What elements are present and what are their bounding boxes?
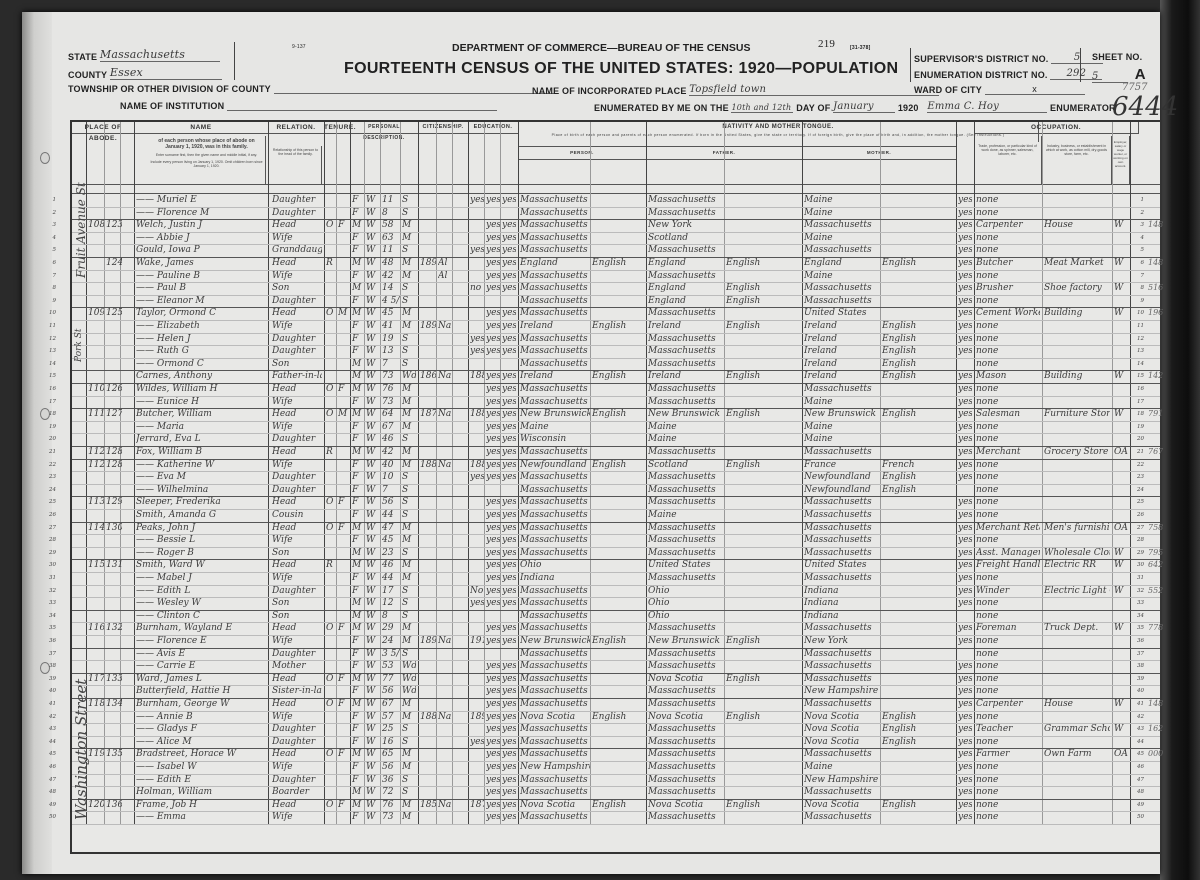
cell-mother-birth: Ireland <box>804 370 880 383</box>
cell-birth: Massachusetts <box>520 496 590 509</box>
cell-mortgage: M <box>338 408 348 421</box>
cell-father-birth: Massachusetts <box>648 194 724 207</box>
cell-father-birth: Massachusetts <box>648 547 724 560</box>
cell-mother-birth: Massachusetts <box>804 219 880 232</box>
cell-name: Burnham, George W <box>136 698 268 711</box>
cell-mother-birth: Massachusetts <box>804 698 880 711</box>
street-name: Washington Street <box>72 679 90 820</box>
cell-immigration <box>420 774 436 787</box>
cell-class <box>1114 660 1128 673</box>
table-row: —— Ruth GDaughterFW13SyesyesyesMassachus… <box>72 345 1160 359</box>
cell-class: W <box>1114 370 1128 383</box>
cell-mother-tongue <box>882 282 954 295</box>
cell-name: —— Helen J <box>136 333 268 346</box>
cell-mother-tongue <box>882 383 954 396</box>
cell-english: yes <box>958 660 972 673</box>
cell-tenure <box>326 333 336 346</box>
cell-mortgage <box>338 534 348 547</box>
cell-sex: F <box>352 648 364 661</box>
cell-dwelling: 118 <box>88 698 104 711</box>
cell-tenure <box>326 207 336 220</box>
cell-naturalized <box>438 509 452 522</box>
cell-dwelling: 111 <box>88 408 104 421</box>
cell-write: yes <box>502 534 516 547</box>
cell-marital: M <box>402 383 416 396</box>
cell-mother-birth: Massachusetts <box>804 509 880 522</box>
cell-mother-tongue <box>882 660 954 673</box>
cell-mother-tongue <box>882 673 954 686</box>
cell-tongue <box>592 572 644 585</box>
cell-marital: S <box>402 295 416 308</box>
cell-race: W <box>366 811 380 824</box>
cell-relation: Head <box>272 307 322 320</box>
cell-occupation: Butcher <box>976 257 1040 270</box>
cell-industry <box>1044 534 1110 547</box>
cell-immigration <box>420 345 436 358</box>
cell-father-tongue: English <box>726 370 800 383</box>
cell-class <box>1114 572 1128 585</box>
cell-father-tongue <box>726 761 800 774</box>
cell-mother-birth: Massachusetts <box>804 673 880 686</box>
cell-mortgage: F <box>338 496 348 509</box>
cell-school <box>470 685 484 698</box>
cell-mortgage: F <box>338 522 348 535</box>
cell-race: W <box>366 547 380 560</box>
cell-english: yes <box>958 748 972 761</box>
cell-immigration <box>420 484 436 497</box>
cell-english: yes <box>958 522 972 535</box>
cell-race: W <box>366 370 380 383</box>
cell-english: yes <box>958 333 972 346</box>
cell-write: yes <box>502 799 516 812</box>
cell-relation: Daughter <box>272 433 322 446</box>
incorporated-label: NAME OF INCORPORATED PLACE <box>532 86 687 96</box>
cell-immigration <box>420 219 436 232</box>
line-number-right: 3 <box>1134 219 1144 232</box>
cell-name: —— Eleanor M <box>136 295 268 308</box>
cell-name: Smith, Ward W <box>136 559 268 572</box>
cell-read: yes <box>486 471 500 484</box>
cell-mortgage: M <box>338 307 348 320</box>
cell-name: —— Elizabeth <box>136 320 268 333</box>
cell-read: yes <box>486 774 500 787</box>
institution-field: NAME OF INSTITUTION <box>120 101 497 111</box>
cell-immigration: 1894 <box>420 320 436 333</box>
county-value: Essex <box>110 66 222 80</box>
line-number-left: 36 <box>46 635 56 648</box>
line-number-left: 45 <box>46 748 56 761</box>
line-number-left: 35 <box>46 622 56 635</box>
cell-industry: Truck Dept. <box>1044 622 1110 635</box>
cell-relation: Granddaughter <box>272 244 322 257</box>
cell-dwelling: 109 <box>88 307 104 320</box>
cell-tenure: O <box>326 383 336 396</box>
line-number-left: 9 <box>46 295 56 308</box>
cell-race: W <box>366 761 380 774</box>
cell-english: yes <box>958 534 972 547</box>
occ-class-header: Employer, salary or wage worker, or work… <box>1112 136 1130 184</box>
cell-age: 67 <box>382 698 400 711</box>
cell-industry: Building <box>1044 370 1110 383</box>
cell-english: yes <box>958 370 972 383</box>
table-row: —— Paul BSonMW14SnoyesyesMassachusettsEn… <box>72 282 1160 296</box>
cell-family <box>106 648 122 661</box>
cell-naturalized: Al <box>438 257 452 270</box>
cell-immigration <box>420 648 436 661</box>
cell-age: 41 <box>382 320 400 333</box>
cell-mother-birth: Massachusetts <box>804 496 880 509</box>
supervisor-field: SUPERVISOR'S DISTRICT NO. 5 <box>914 52 1103 64</box>
cell-tongue <box>592 723 644 736</box>
cell-sex: M <box>352 282 364 295</box>
cell-family: 123 <box>106 219 122 232</box>
margin-code: 000 <box>1148 748 1163 761</box>
cell-occupation: none <box>976 194 1040 207</box>
cell-immigration <box>420 736 436 749</box>
sheet-field: 5 A <box>1092 66 1146 83</box>
cell-tongue <box>592 622 644 635</box>
cell-mother-tongue <box>882 811 954 824</box>
cell-dwelling: 108 <box>88 219 104 232</box>
cell-birth: Massachusetts <box>520 522 590 535</box>
cell-father-birth: England <box>648 257 724 270</box>
cell-class: W <box>1114 307 1128 320</box>
cell-tongue <box>592 433 644 446</box>
cell-name: Frame, Job H <box>136 799 268 812</box>
cell-class <box>1114 345 1128 358</box>
cell-birth: Massachusetts <box>520 547 590 560</box>
line-number-right: 38 <box>1134 660 1144 673</box>
cell-industry <box>1044 811 1110 824</box>
cell-name: —— Muriel E <box>136 194 268 207</box>
cell-occupation: none <box>976 774 1040 787</box>
cell-write: yes <box>502 370 516 383</box>
cell-age: 76 <box>382 799 400 812</box>
cell-marital: M <box>402 257 416 270</box>
cell-relation: Head <box>272 799 322 812</box>
punch-hole <box>40 152 50 164</box>
person-header: PERSON. <box>518 146 647 160</box>
line-number-right: 42 <box>1134 711 1144 724</box>
table-row: 113129Sleeper, FrederikaHeadOFFW56Syesye… <box>72 496 1160 510</box>
cell-read: yes <box>486 421 500 434</box>
cell-father-birth: Ohio <box>648 585 724 598</box>
cell-mother-birth: Newfoundland <box>804 471 880 484</box>
cell-mortgage <box>338 547 348 560</box>
cell-mortgage <box>338 244 348 257</box>
enumeration-label: ENUMERATION DISTRICT NO. <box>914 70 1048 80</box>
line-number-right: 41 <box>1134 698 1144 711</box>
margin-code: 148 <box>1148 698 1163 711</box>
cell-english: yes <box>958 547 972 560</box>
cell-occupation: Freight Handler <box>976 559 1040 572</box>
cell-father-tongue <box>726 572 800 585</box>
cell-relation: Son <box>272 358 322 371</box>
cell-tongue <box>592 484 644 497</box>
cell-mortgage <box>338 396 348 409</box>
cell-naturalized: Na <box>438 370 452 383</box>
cell-english: yes <box>958 559 972 572</box>
cell-age: 44 <box>382 509 400 522</box>
cell-industry <box>1044 635 1110 648</box>
cell-marital: S <box>402 610 416 623</box>
cell-naturalized <box>438 673 452 686</box>
year-value: 1920 <box>898 103 919 113</box>
cell-write <box>502 484 516 497</box>
cell-industry <box>1044 396 1110 409</box>
table-row: —— Bessie LWifeFW45MyesyesMassachusettsM… <box>72 534 1160 548</box>
cell-read: yes <box>486 496 500 509</box>
cell-occupation: none <box>976 572 1040 585</box>
cell-immigration <box>420 534 436 547</box>
cell-family: 136 <box>106 799 122 812</box>
cell-mortgage <box>338 648 348 661</box>
cell-age: 47 <box>382 522 400 535</box>
cell-dwelling: 110 <box>88 383 104 396</box>
name-desc-3: Include every person living on January 1… <box>150 160 263 168</box>
cell-father-tongue <box>726 219 800 232</box>
cell-father-tongue <box>726 194 800 207</box>
cell-class <box>1114 433 1128 446</box>
cell-dwelling <box>88 723 104 736</box>
cell-race: W <box>366 774 380 787</box>
cell-read: yes <box>486 572 500 585</box>
cell-class <box>1114 673 1128 686</box>
cell-write: yes <box>502 761 516 774</box>
line-number-right: 2 <box>1134 207 1144 220</box>
cell-school: yes <box>470 736 484 749</box>
cell-age: 63 <box>382 232 400 245</box>
cell-industry: Grammar School <box>1044 723 1110 736</box>
line-number-right: 45 <box>1134 748 1144 761</box>
cell-family <box>106 736 122 749</box>
cell-industry <box>1044 194 1110 207</box>
cell-naturalized <box>438 648 452 661</box>
cell-mother-tongue <box>882 748 954 761</box>
cell-tenure <box>326 761 336 774</box>
cell-age: 76 <box>382 383 400 396</box>
line-number-right: 50 <box>1134 811 1144 824</box>
cell-naturalized <box>438 811 452 824</box>
cell-industry: Electric Light Co <box>1044 585 1110 598</box>
cell-english: yes <box>958 774 972 787</box>
cell-father-birth: Massachusetts <box>648 333 724 346</box>
cell-occupation: none <box>976 396 1040 409</box>
line-number-right: 13 <box>1134 345 1144 358</box>
cell-read: yes <box>486 459 500 472</box>
cell-family <box>106 232 122 245</box>
cell-school: yes <box>470 345 484 358</box>
table-row: —— Florence EWifeFW24M1899Na1911yesyesNe… <box>72 635 1160 649</box>
cell-name: Peaks, John J <box>136 522 268 535</box>
cell-marital: M <box>402 622 416 635</box>
cell-father-tongue: English <box>726 295 800 308</box>
cell-mother-birth: Maine <box>804 433 880 446</box>
cell-age: 46 <box>382 559 400 572</box>
cell-mother-tongue: French <box>882 459 954 472</box>
cell-name: Gould, Iowa P <box>136 244 268 257</box>
cell-birth: Massachusetts <box>520 811 590 824</box>
cell-dwelling <box>88 660 104 673</box>
cell-class <box>1114 534 1128 547</box>
sheet-box-divider <box>1080 48 1081 82</box>
cell-school: 1911 <box>470 635 484 648</box>
table-row: Jerrard, Eva LDaughterFW46SyesyesWiscons… <box>72 433 1160 447</box>
cell-family <box>106 396 122 409</box>
cell-father-tongue <box>726 748 800 761</box>
cell-race: W <box>366 522 380 535</box>
cell-tenure: O <box>326 219 336 232</box>
table-row: —— ElizabethWifeFW41M1894NayesyesIreland… <box>72 320 1160 334</box>
cell-relation: Head <box>272 522 322 535</box>
cell-tongue <box>592 585 644 598</box>
cell-mother-tongue <box>882 786 954 799</box>
cell-mortgage: F <box>338 219 348 232</box>
cell-birth: Massachusetts <box>520 244 590 257</box>
cell-sex: F <box>352 685 364 698</box>
cell-mother-birth: Maine <box>804 396 880 409</box>
cell-age: 8 <box>382 207 400 220</box>
cell-age: 65 <box>382 748 400 761</box>
cell-read: yes <box>486 345 500 358</box>
line-number-right: 29 <box>1134 547 1144 560</box>
cell-race: W <box>366 660 380 673</box>
cell-dwelling <box>88 194 104 207</box>
state-label: STATE <box>68 52 97 62</box>
cell-naturalized <box>438 396 452 409</box>
cell-occupation: none <box>976 320 1040 333</box>
table-row: —— Eva MDaughterFW10SyesyesyesMassachuse… <box>72 471 1160 485</box>
cell-age: 36 <box>382 774 400 787</box>
cell-tenure <box>326 811 336 824</box>
line-number-left: 7 <box>46 270 56 283</box>
cell-name: —— Pauline B <box>136 270 268 283</box>
cell-birth: Massachusetts <box>520 509 590 522</box>
cell-marital: S <box>402 774 416 787</box>
line-number-left: 17 <box>46 396 56 409</box>
institution-label: NAME OF INSTITUTION <box>120 101 224 111</box>
cell-name: Bradstreet, Horace W <box>136 748 268 761</box>
cell-immigration: 1894 <box>420 257 436 270</box>
cell-mortgage <box>338 446 348 459</box>
cell-father-birth: Massachusetts <box>648 446 724 459</box>
cell-father-birth: Massachusetts <box>648 685 724 698</box>
cell-tongue <box>592 207 644 220</box>
cell-read: yes <box>486 748 500 761</box>
cell-race: W <box>366 307 380 320</box>
cell-age: 56 <box>382 685 400 698</box>
cell-age: 57 <box>382 711 400 724</box>
cell-race: W <box>366 320 380 333</box>
cell-father-birth: England <box>648 282 724 295</box>
cell-relation: Boarder <box>272 786 322 799</box>
cell-race: W <box>366 421 380 434</box>
cell-mother-birth: Nova Scotia <box>804 736 880 749</box>
cell-english: yes <box>958 282 972 295</box>
cell-immigration <box>420 295 436 308</box>
cell-father-tongue <box>726 471 800 484</box>
cell-relation: Cousin <box>272 509 322 522</box>
cell-mother-birth: Indiana <box>804 610 880 623</box>
line-number-right: 48 <box>1134 786 1144 799</box>
cell-write: yes <box>502 232 516 245</box>
cell-school: yes <box>470 597 484 610</box>
cell-mother-tongue <box>882 396 954 409</box>
cell-family: 128 <box>106 459 122 472</box>
line-number-right: 23 <box>1134 471 1144 484</box>
cell-read: yes <box>486 685 500 698</box>
cell-birth: Massachusetts <box>520 282 590 295</box>
cell-sex: F <box>352 711 364 724</box>
enumerated-field: ENUMERATED BY ME ON THE 10th and 12th DA… <box>594 101 1116 113</box>
cell-occupation: Cement Worker <box>976 307 1040 320</box>
cell-read: yes <box>486 736 500 749</box>
cell-class <box>1114 811 1128 824</box>
cell-dwelling <box>88 635 104 648</box>
line-number-left: 28 <box>46 534 56 547</box>
cell-birth: Wisconsin <box>520 433 590 446</box>
cell-school <box>470 522 484 535</box>
cell-class: W <box>1114 698 1128 711</box>
cell-tongue <box>592 345 644 358</box>
sheet-side: A <box>1135 66 1146 83</box>
cell-marital: M <box>402 320 416 333</box>
cell-occupation: none <box>976 509 1040 522</box>
line-number-left: 16 <box>46 383 56 396</box>
cell-relation: Head <box>272 622 322 635</box>
cell-read: yes <box>486 370 500 383</box>
cell-occupation: none <box>976 648 1040 661</box>
cell-immigration <box>420 547 436 560</box>
table-row: 112128Fox, William BHeadRMW42MyesyesMass… <box>72 446 1160 460</box>
cell-naturalized <box>438 723 452 736</box>
cell-tenure: O <box>326 748 336 761</box>
cell-read: yes <box>486 396 500 409</box>
cell-naturalized: Na <box>438 459 452 472</box>
cell-write: yes <box>502 711 516 724</box>
cell-mortgage <box>338 232 348 245</box>
cell-race: W <box>366 383 380 396</box>
cell-mortgage <box>338 597 348 610</box>
cell-name: Wake, James <box>136 257 268 270</box>
cell-tongue <box>592 232 644 245</box>
cell-mortgage <box>338 774 348 787</box>
township-value <box>274 85 554 94</box>
table-row: —— Abbie JWifeFW63MyesyesMassachusettsSc… <box>72 232 1160 246</box>
margin-code: 642 <box>1148 559 1163 572</box>
cell-dwelling <box>88 257 104 270</box>
cell-marital: M <box>402 232 416 245</box>
line-number-right: 32 <box>1134 585 1144 598</box>
cell-tenure <box>326 597 336 610</box>
cell-english: yes <box>958 471 972 484</box>
line-number-right: 46 <box>1134 761 1144 774</box>
cell-race: W <box>366 207 380 220</box>
cell-name: —— Roger B <box>136 547 268 560</box>
cell-marital: M <box>402 748 416 761</box>
cell-occupation: Salesman <box>976 408 1040 421</box>
cell-mortgage <box>338 194 348 207</box>
cell-naturalized <box>438 522 452 535</box>
cell-dwelling: 119 <box>88 748 104 761</box>
cell-tenure <box>326 534 336 547</box>
cell-immigration <box>420 471 436 484</box>
form-number: 9-137 <box>292 44 306 50</box>
cell-write: yes <box>502 635 516 648</box>
cell-tongue <box>592 282 644 295</box>
cell-birth: Massachusetts <box>520 660 590 673</box>
cell-tongue: English <box>592 408 644 421</box>
